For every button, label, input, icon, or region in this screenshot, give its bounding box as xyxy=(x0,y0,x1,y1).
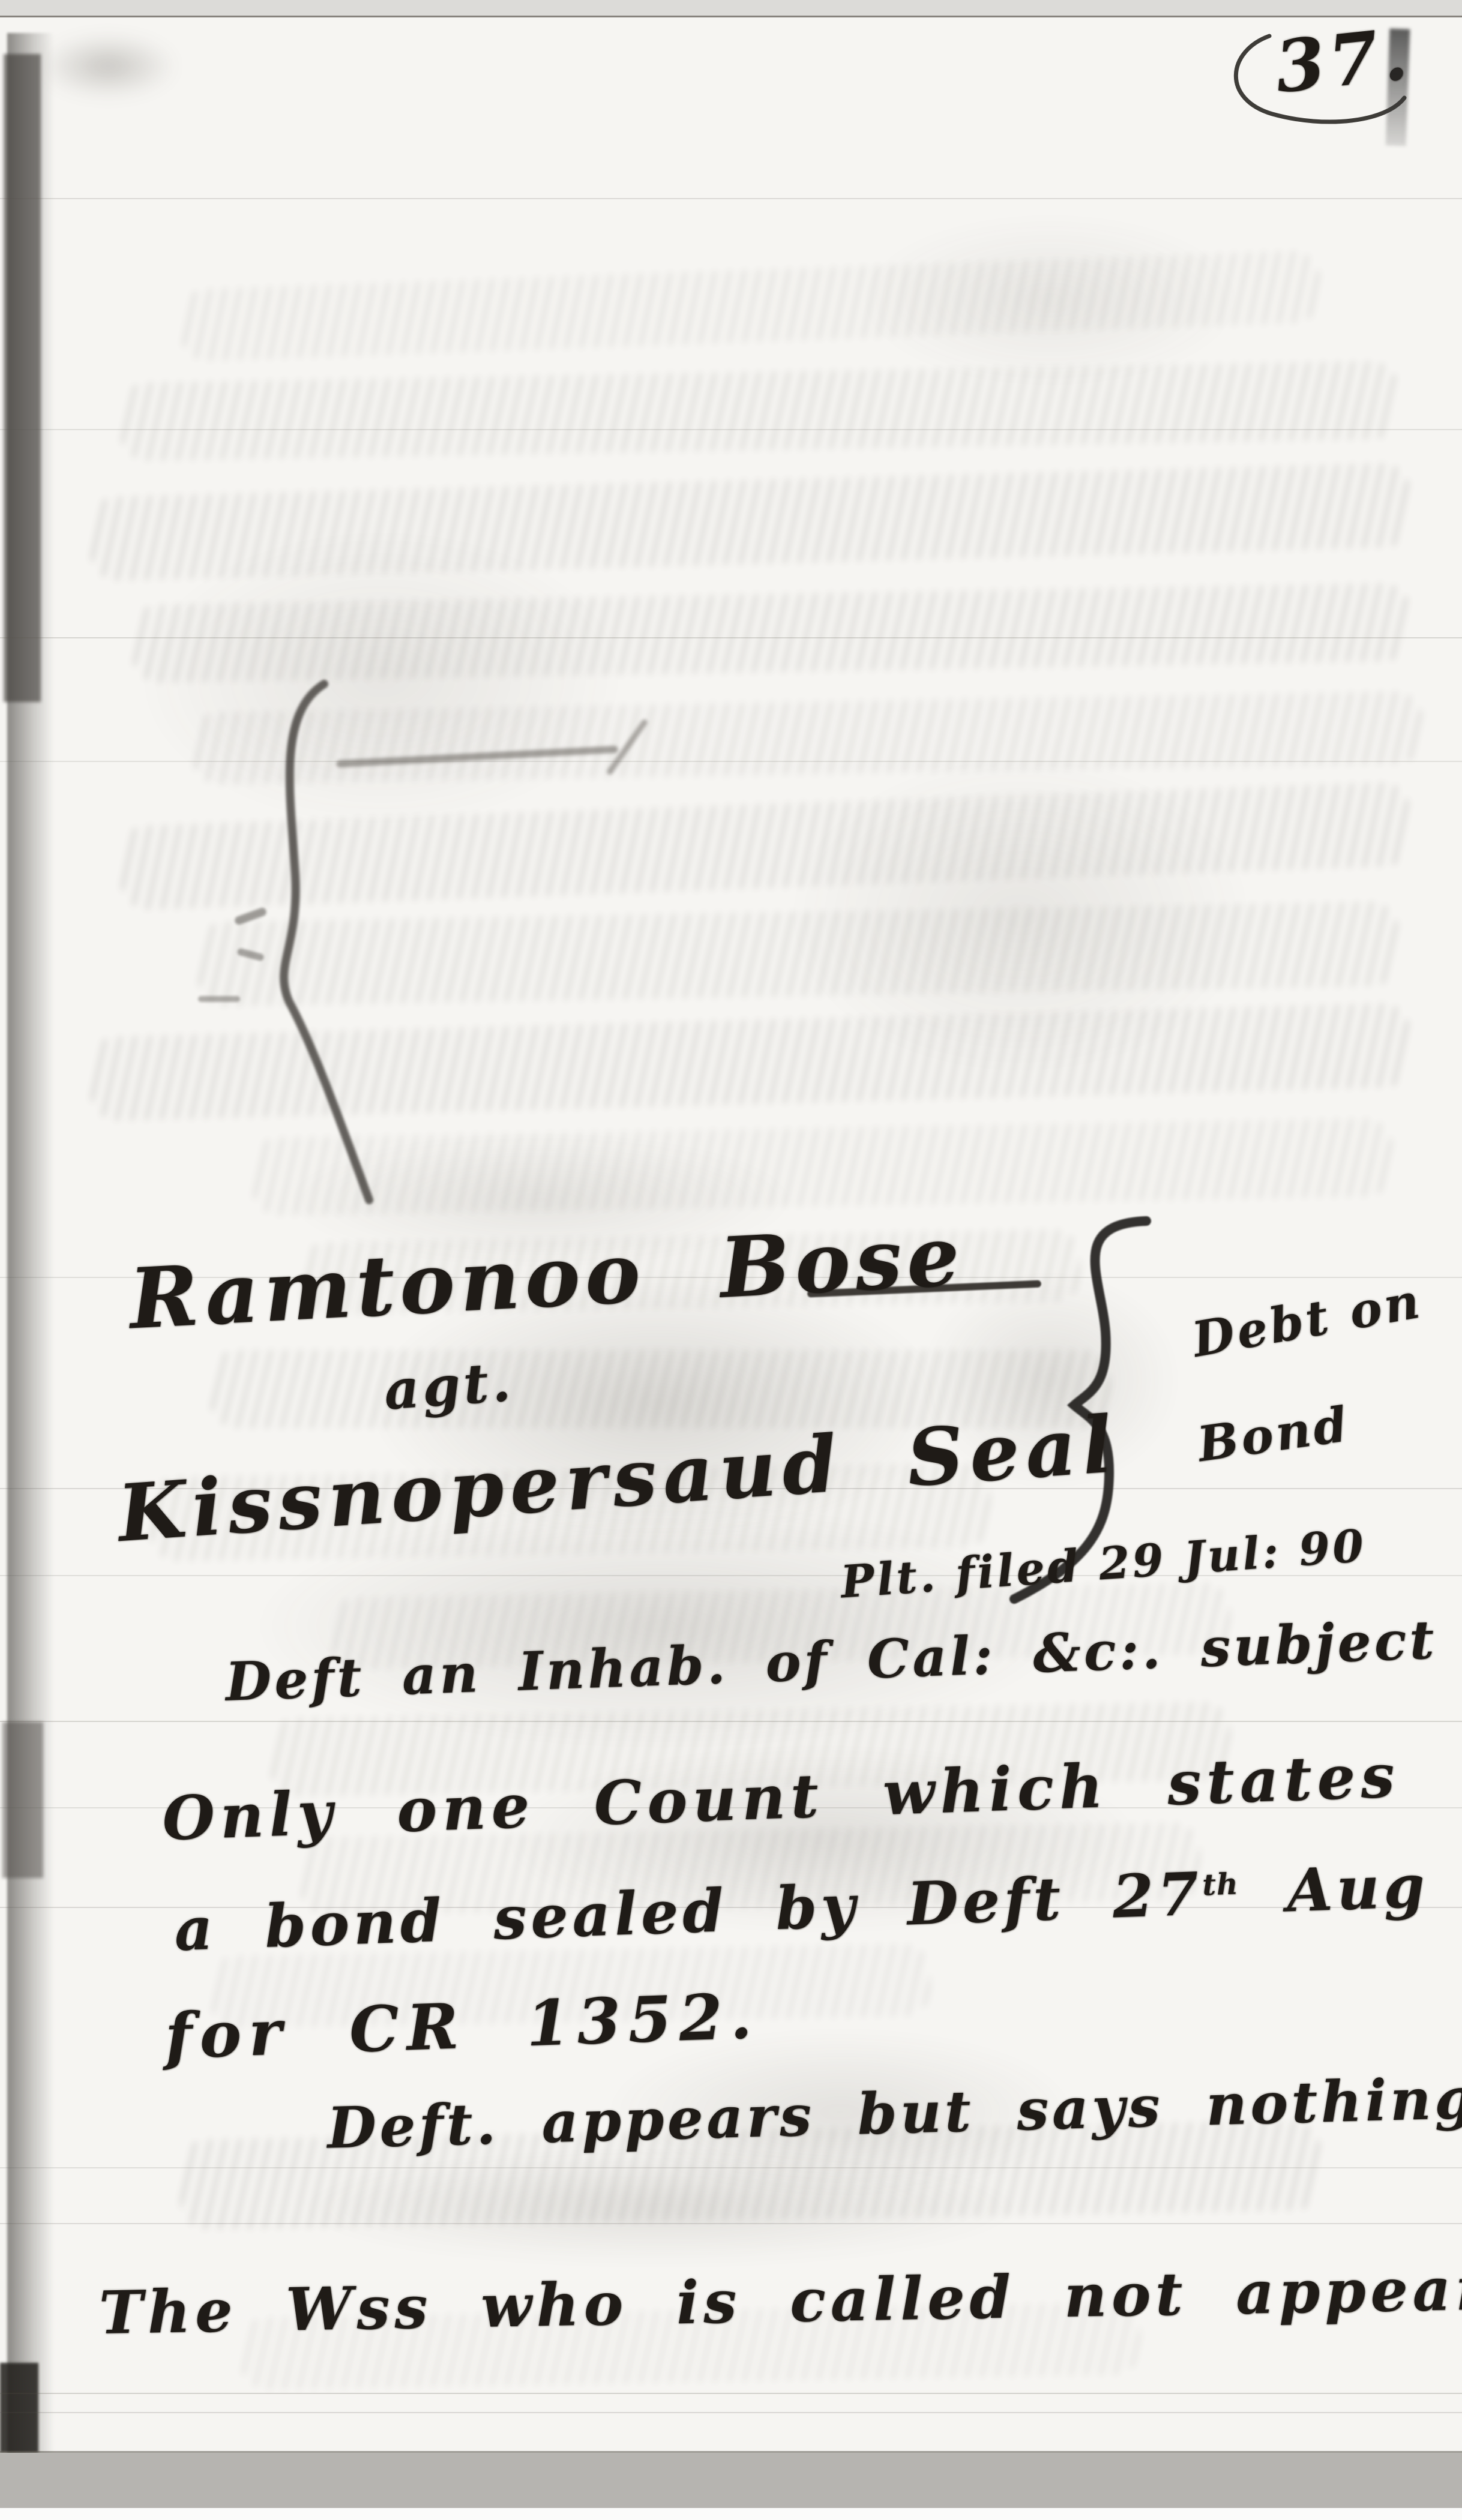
bottom-white-margin xyxy=(0,2508,1462,2520)
top-edge-line xyxy=(0,16,1462,17)
manuscript-page: 37. Ramtonoo Bose agt. Debt on Bond Kiss… xyxy=(0,0,1462,2520)
scan-line xyxy=(0,2393,1462,2394)
entry-line-amount: for CR 1352. xyxy=(164,1985,760,2068)
page-edge-smudge xyxy=(1386,28,1410,146)
bleedthrough-smudge xyxy=(780,180,1320,420)
left-gutter-dark-mid xyxy=(2,1722,43,1878)
ghost-brace-stroke xyxy=(216,666,420,1218)
bleedthrough-smudge xyxy=(690,690,1350,1140)
ghost-mark xyxy=(198,996,240,1002)
top-edge-strip xyxy=(0,0,1462,16)
bottom-edge-strip xyxy=(0,2453,1462,2508)
left-gutter-dark-top xyxy=(4,54,41,702)
scan-line xyxy=(0,2412,1462,2413)
left-gutter-dark-bottom xyxy=(0,2363,38,2453)
versus-abbreviation: agt. xyxy=(382,1355,516,1418)
entry-line-bond-superscript: th xyxy=(1202,1866,1239,1902)
